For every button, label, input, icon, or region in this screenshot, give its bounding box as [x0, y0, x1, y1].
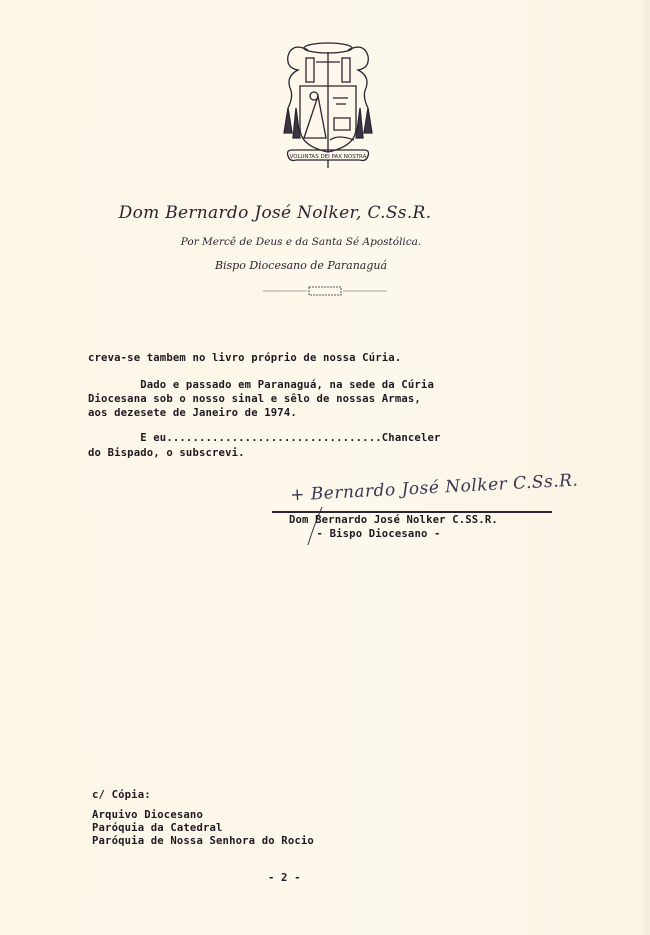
svg-text:VOLUNTAS DEI PAX NOSTRA: VOLUNTAS DEI PAX NOSTRA	[290, 154, 367, 160]
signatory-name: Dom Bernardo José Nolker C.SS.R.	[289, 514, 498, 526]
body-chancellor-line-2: do Bispado, o subscrevi.	[88, 447, 245, 459]
ornament-divider	[263, 286, 387, 296]
page-number: - 2 -	[268, 872, 301, 884]
body-continued-line: creva-se tambem no livro próprio de noss…	[88, 352, 401, 364]
coat-of-arms-icon: VOLUNTAS DEI PAX NOSTRA	[278, 38, 378, 173]
body-chancellor-line-1: E eu.................................Cha…	[88, 432, 441, 444]
letterhead-name: Dom Bernardo José Nolker, C.Ss.R.	[0, 203, 600, 223]
body-dated-line-3: aos dezesete de Janeiro de 1974.	[88, 407, 297, 419]
letterhead-title: Bispo Diocesano de Paranaguá	[0, 259, 626, 272]
copies-heading: c/ Cópia:	[92, 789, 151, 801]
letterhead-authority: Por Mercê de Deus e da Santa Sé Apostóli…	[0, 236, 626, 248]
signatory-title: - Bispo Diocesano -	[310, 528, 441, 540]
body-dated-line-1: Dado e passado em Paranaguá, na sede da …	[88, 379, 434, 391]
copy-recipient: Paróquia de Nossa Senhora do Rocio	[92, 835, 314, 847]
copy-recipient: Paróquia da Catedral	[92, 822, 223, 834]
page-edge	[644, 0, 650, 935]
body-dated-line-2: Diocesana sob o nosso sinal e sêlo de no…	[88, 393, 421, 405]
copy-recipient: Arquivo Diocesano	[92, 809, 203, 821]
